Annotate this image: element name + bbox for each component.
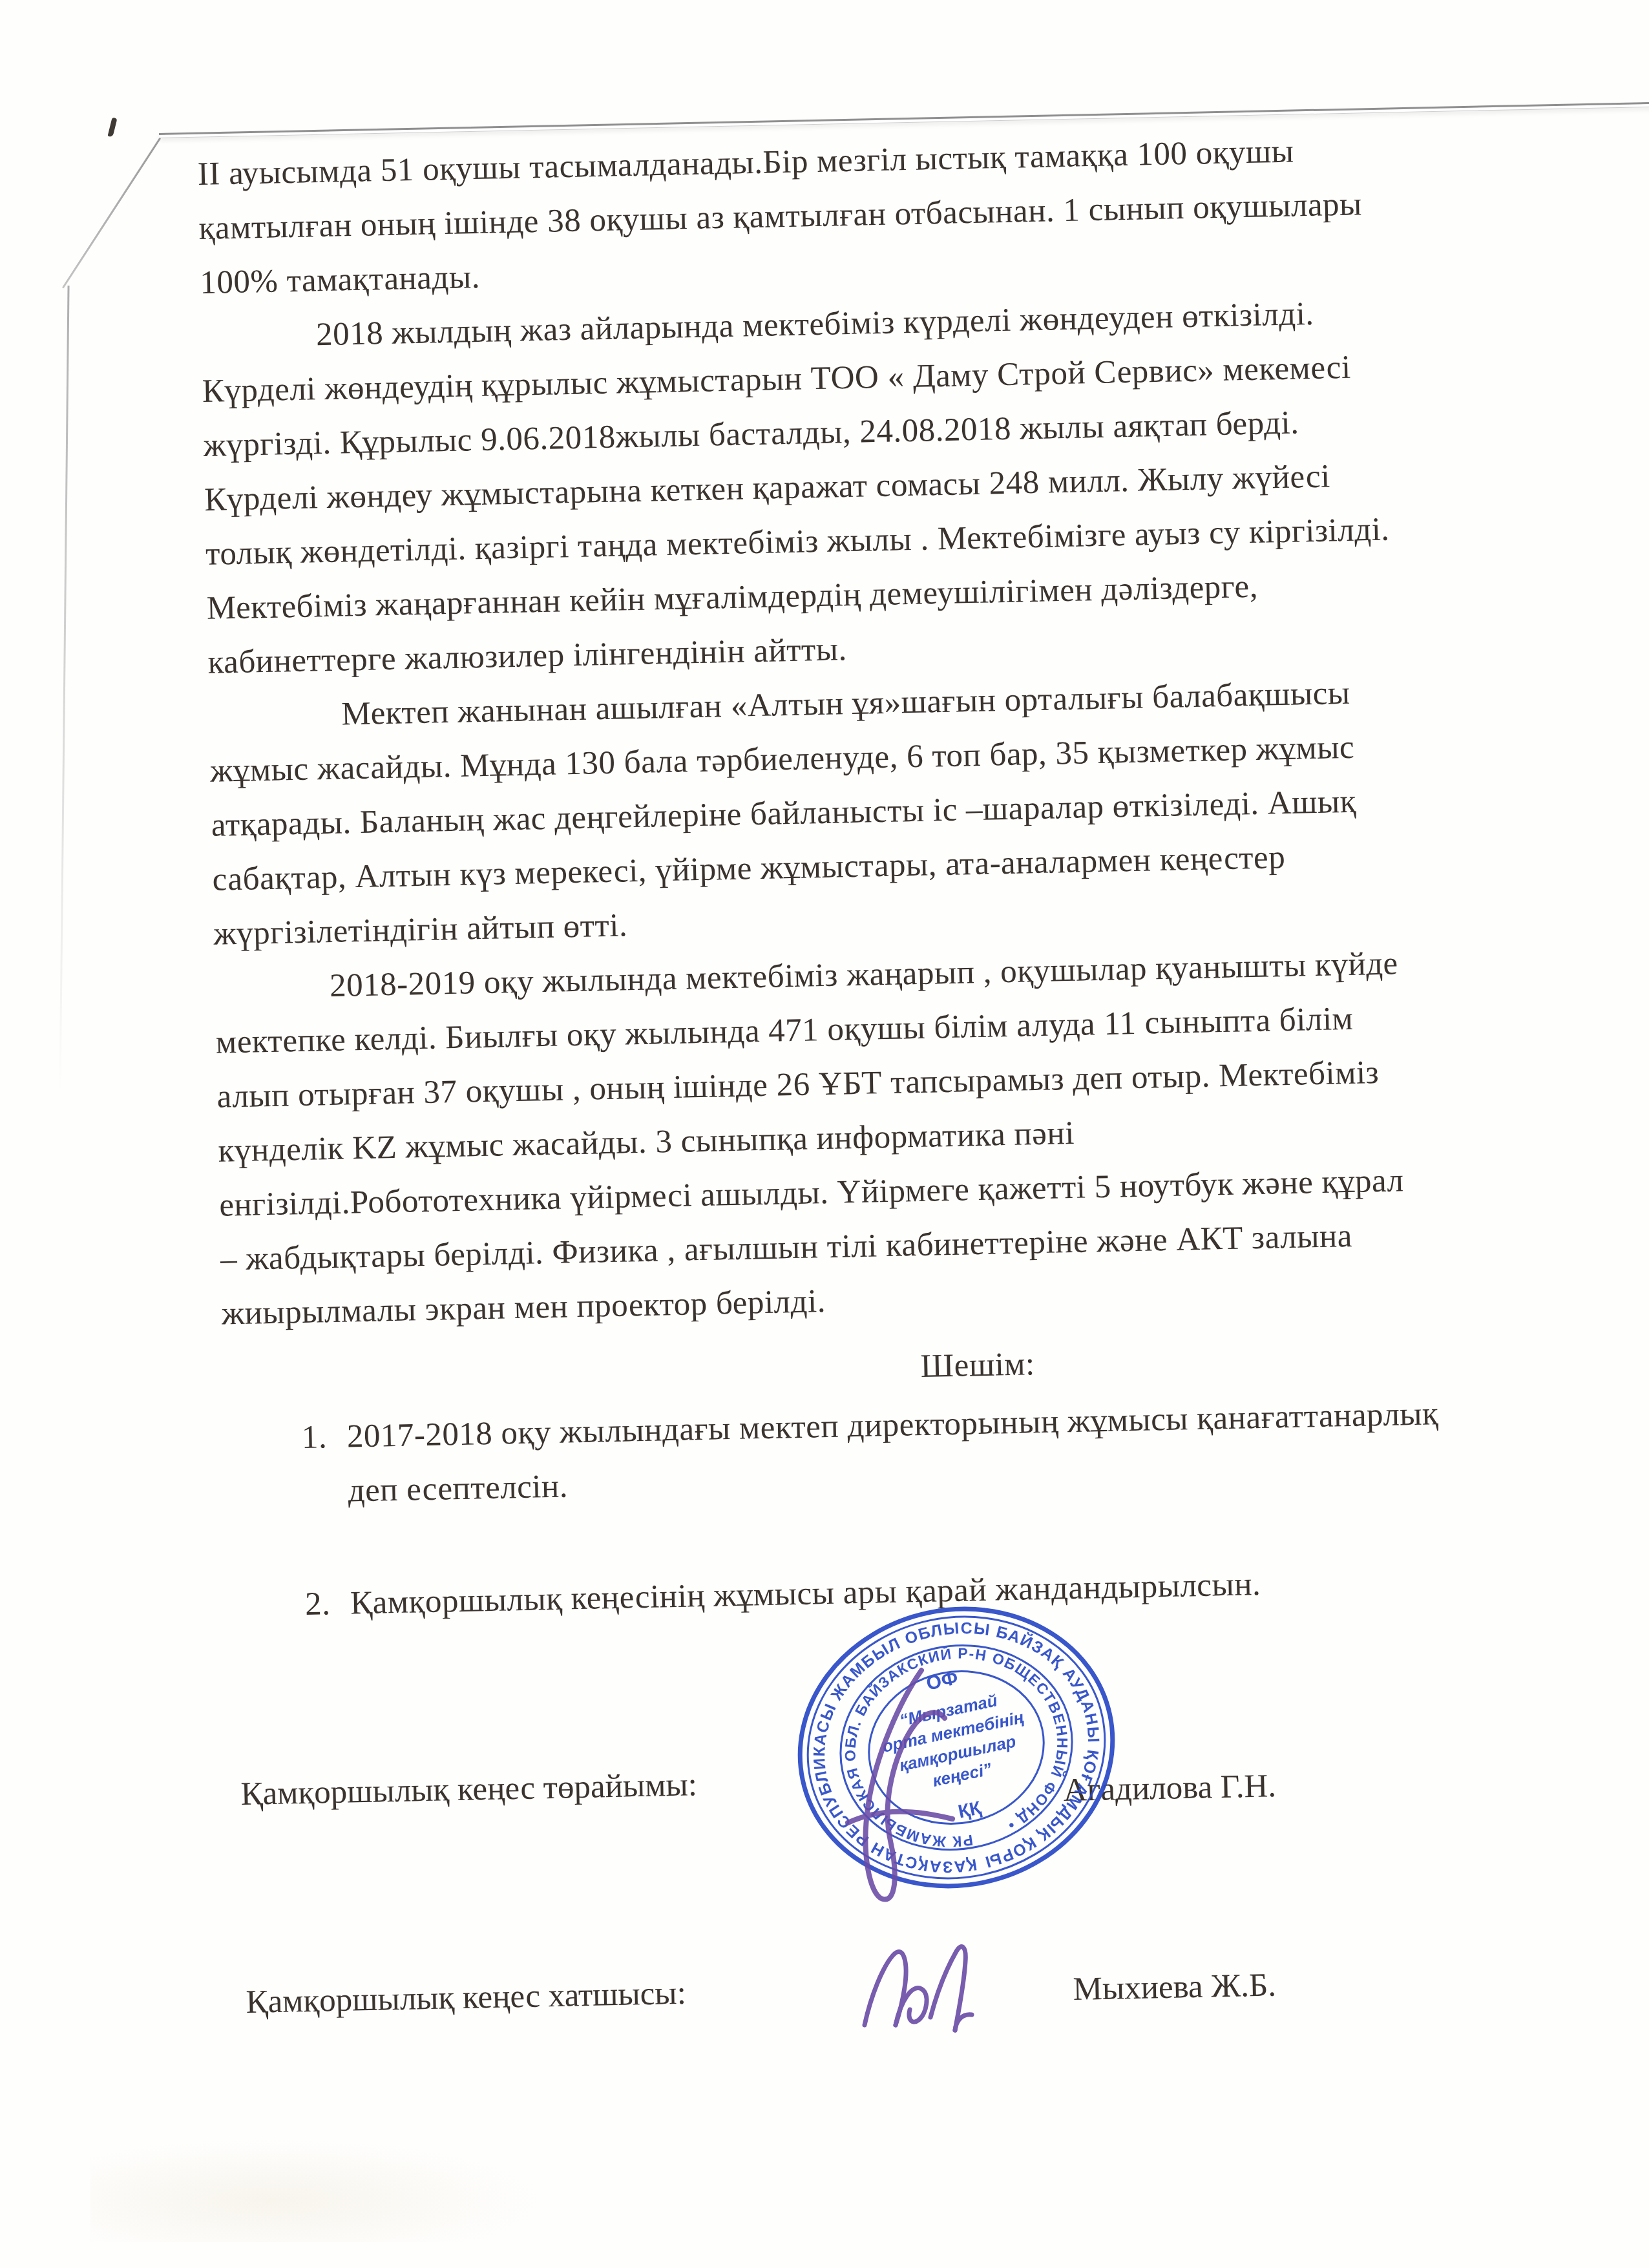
chairwoman-label: Қамқоршылық кеңес төрайымы:: [240, 1766, 697, 1813]
decision-heading: Шешім:: [920, 1325, 1593, 1394]
paper-left-edge: [59, 286, 69, 1093]
document-body: ІІ ауысымда 51 оқушы тасымалданады.Бір м…: [197, 119, 1598, 1633]
decision-number: 1.: [301, 1410, 349, 1519]
scanned-document-page: ІІ ауысымда 51 оқушы тасымалданады.Бір м…: [0, 0, 1649, 2268]
decision-item-1: 1. 2017-2018 оқу жылындағы мектеп директ…: [224, 1383, 1595, 1520]
chairwoman-signature: [826, 1657, 958, 1916]
decision-number: 2.: [304, 1577, 351, 1632]
corner-fold-line: [62, 138, 161, 289]
scan-noise: [90, 2139, 543, 2242]
secretary-label: Қамқоршылық кеңес хатшысы:: [246, 1975, 686, 2021]
secretary-name: Мыхиева Ж.Б.: [1073, 1966, 1276, 2008]
pen-mark-artifact: [107, 117, 117, 137]
secretary-signature: [854, 1933, 996, 2040]
